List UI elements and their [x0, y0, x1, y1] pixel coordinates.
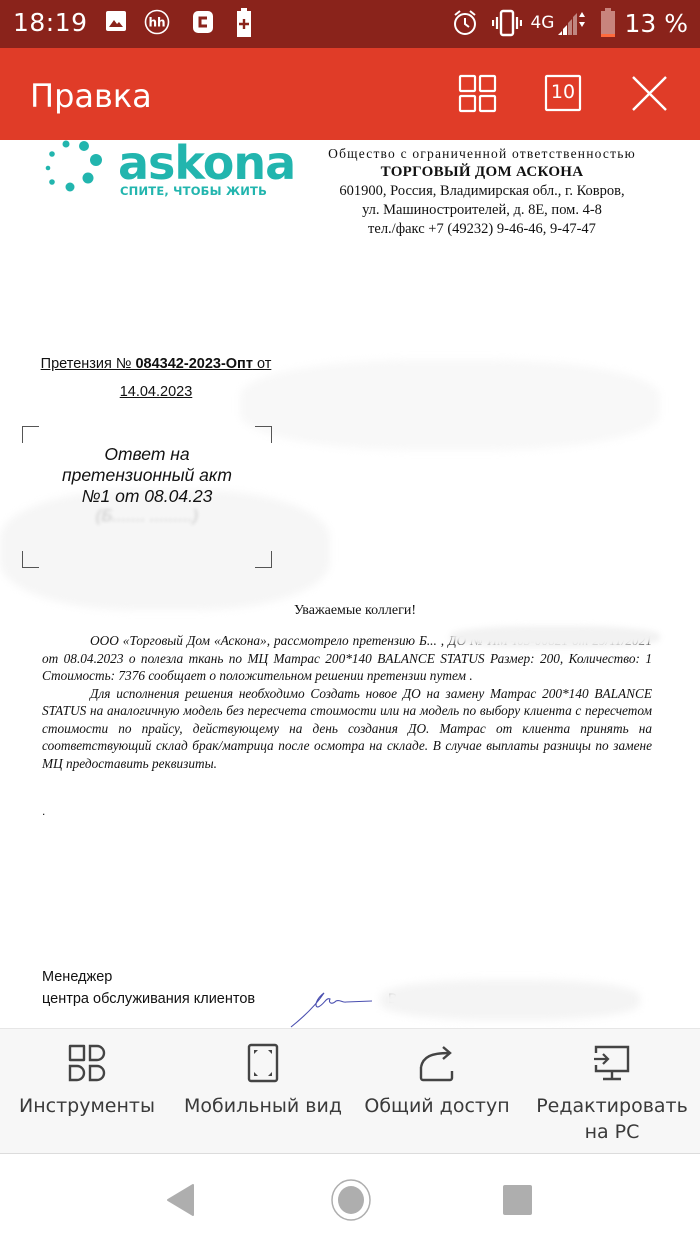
claim-suffix: от	[253, 356, 271, 372]
edit-on-pc-label: Редактироватьна PC	[530, 1093, 694, 1145]
navigation-bar	[0, 1154, 700, 1244]
edit-on-pc-button[interactable]: Редактироватьна PC	[530, 1043, 694, 1145]
page-count: 10	[544, 81, 582, 103]
redaction	[380, 980, 640, 1020]
alarm-icon	[452, 9, 478, 37]
stamp-line-3: №1 от 08.04.23	[22, 486, 272, 507]
vibrate-icon	[492, 9, 522, 37]
bottom-toolbar: Инструменты Мобильный вид Общий доступ Р…	[0, 1028, 700, 1155]
back-button[interactable]	[160, 1178, 200, 1218]
stamp-line-2: претензионный акт	[22, 465, 272, 486]
claim-number: 084342-2023-Опт	[135, 356, 252, 372]
battery-percent: 13 %	[624, 9, 688, 38]
redaction	[450, 626, 660, 648]
hh-icon: hh	[144, 9, 170, 35]
home-icon	[329, 1178, 373, 1222]
company-name: ТОРГОВЫЙ ДОМ АСКОНА	[312, 163, 652, 182]
signature-image	[286, 985, 376, 1028]
recents-button[interactable]	[500, 1178, 540, 1218]
signature-title: Менеджер центра обслуживания клиентов	[42, 966, 255, 1010]
status-time: 18:19	[13, 8, 88, 37]
document-viewer[interactable]: askona СПИТЕ, ЧТОБЫ ЖИТЬ Общество с огра…	[0, 140, 700, 1028]
company-address-1: 601900, Россия, Владимирская обл., г. Ко…	[312, 182, 652, 201]
share-button[interactable]: Общий доступ	[360, 1043, 514, 1119]
stamp-line-1: Ответ на	[22, 444, 272, 465]
mobile-view-label: Мобильный вид	[180, 1093, 346, 1119]
close-icon	[630, 74, 670, 114]
tools-button[interactable]: Инструменты	[12, 1043, 162, 1119]
letter-body: ООО «Торговый Дом «Аскона», рассмотрело …	[42, 632, 652, 772]
stamp-frame: Ответ на претензионный акт №1 от 08.04.2…	[22, 426, 272, 568]
redaction	[240, 360, 660, 450]
recents-icon	[500, 1178, 540, 1218]
claim-date: 14.04.2023	[120, 384, 193, 400]
c-app-icon	[192, 10, 214, 34]
page-count-button[interactable]: 10	[544, 74, 584, 114]
company-address-2: ул. Машиностроителей, д. 8Е, пом. 4-8	[312, 201, 652, 220]
share-label: Общий доступ	[360, 1093, 514, 1119]
greeting: Уважаемые коллеги!	[0, 603, 700, 619]
app-bar: Правка 10	[0, 48, 700, 140]
network-type: 4G	[530, 13, 554, 33]
logo-wordmark: askona	[118, 140, 295, 190]
back-icon	[160, 1178, 200, 1218]
battery-icon	[600, 8, 616, 38]
thumbnails-button[interactable]	[458, 74, 498, 114]
signer-title-2: центра обслуживания клиентов	[42, 988, 255, 1010]
mobile-view-icon	[243, 1043, 283, 1083]
company-header: Общество с ограниченной ответственностью…	[312, 144, 652, 239]
grid-icon	[458, 74, 498, 114]
signer-title-1: Менеджер	[42, 966, 255, 988]
edit-on-pc-icon	[592, 1043, 632, 1083]
claim-prefix: Претензия №	[41, 356, 136, 372]
mobile-view-button[interactable]: Мобильный вид	[180, 1043, 346, 1119]
logo-dots-icon	[44, 140, 114, 200]
app-bar-title: Правка	[30, 77, 152, 115]
svg-text:hh: hh	[148, 16, 165, 30]
tools-label: Инструменты	[12, 1093, 162, 1119]
company-type: Общество с ограниченной ответственностью	[312, 144, 652, 163]
stamp-redacted: (Б....... .........)	[22, 506, 272, 546]
company-phone: тел./факс +7 (49232) 9-46-46, 9-47-47	[312, 220, 652, 239]
battery-saver-icon	[236, 8, 252, 38]
trailing-dot: .	[42, 804, 45, 818]
paragraph-2: Для исполнения решения необходимо Создат…	[42, 685, 652, 773]
askona-logo: askona СПИТЕ, ЧТОБЫ ЖИТЬ	[44, 142, 304, 202]
logo-slogan: СПИТЕ, ЧТОБЫ ЖИТЬ	[120, 184, 267, 198]
signal-icon	[556, 9, 586, 37]
tools-icon	[67, 1043, 107, 1083]
gallery-icon	[105, 10, 127, 32]
status-bar: 18:19 hh 4G	[0, 0, 700, 48]
close-button[interactable]	[630, 74, 670, 114]
share-icon	[417, 1043, 457, 1083]
home-button[interactable]	[329, 1178, 373, 1218]
